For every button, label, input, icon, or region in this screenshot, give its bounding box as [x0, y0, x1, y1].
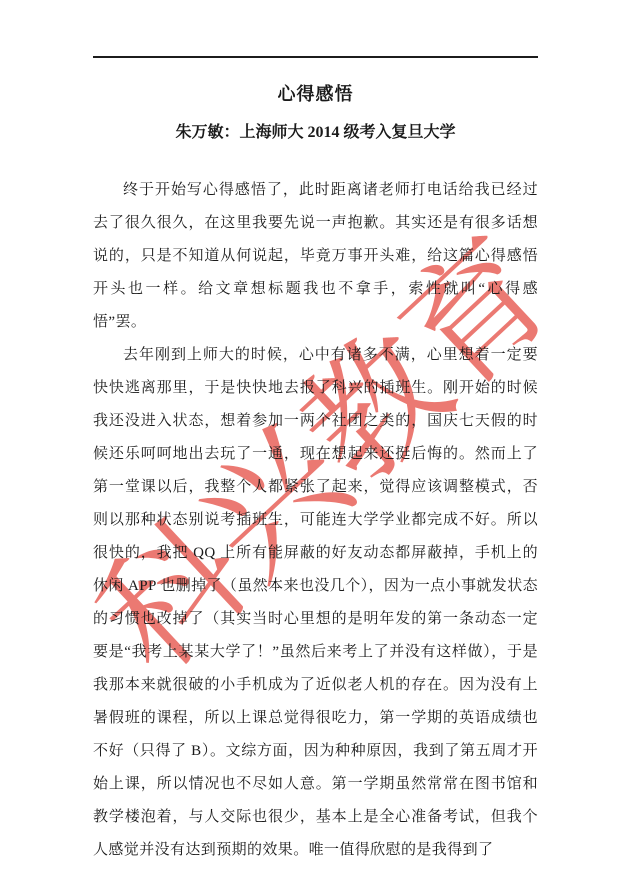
- document-subtitle: 朱万敏：上海师大 2014 级考入复旦大学: [93, 122, 538, 144]
- document-page: 科兴教育 心得感悟 朱万敏：上海师大 2014 级考入复旦大学 终于开始写心得感…: [0, 0, 630, 890]
- body-paragraph-1: 终于开始写心得感悟了，此时距离诸老师打电话给我已经过去了很久很久，在这里我要先说…: [93, 174, 538, 339]
- body-paragraph-2: 去年刚到上师大的时候，心中有诸多不满，心里想着一定要快快逃离那里，于是快快地去报…: [93, 339, 538, 867]
- document-content: 心得感悟 朱万敏：上海师大 2014 级考入复旦大学 终于开始写心得感悟了，此时…: [93, 58, 538, 867]
- document-title: 心得感悟: [93, 82, 538, 106]
